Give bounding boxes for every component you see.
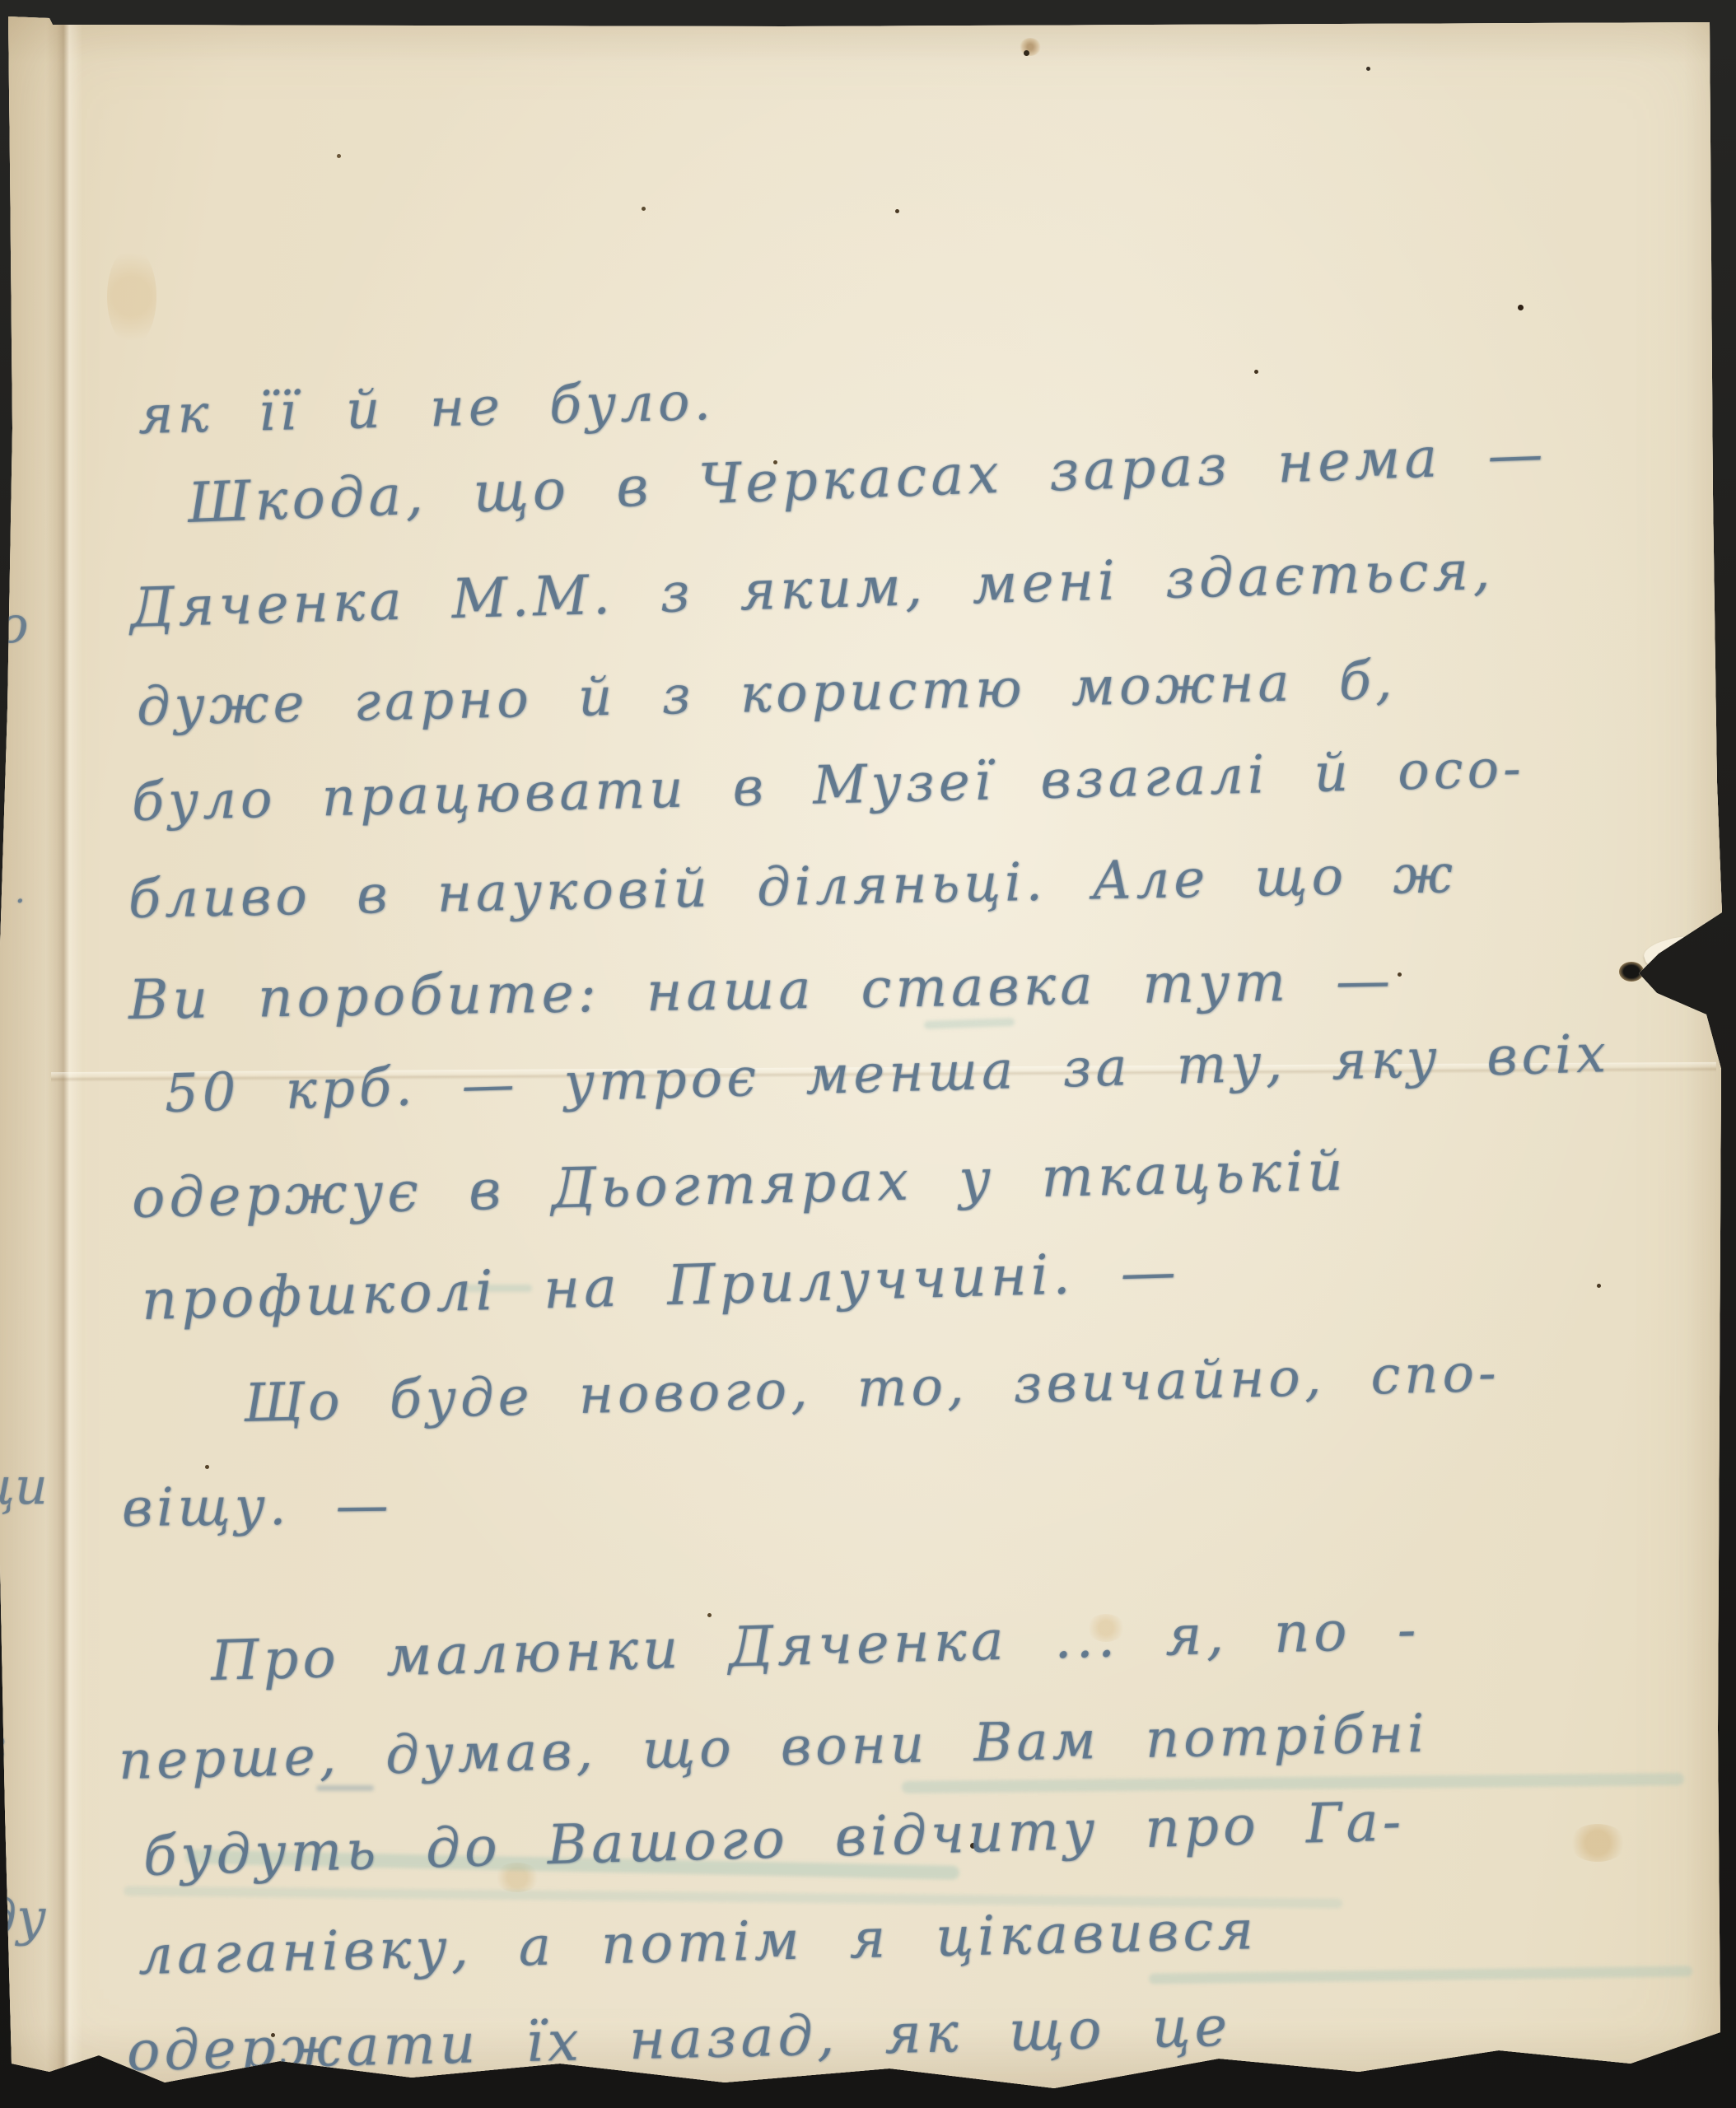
scanned-letter-screenshot: { "scan": { "background_color": "#1d1c1a…: [0, 0, 1736, 2108]
handwritten-line: лаганівку, а потім я цікавився: [138, 1898, 1258, 1987]
ink-smudge: [902, 1773, 1684, 1793]
clipped-handwriting-fragment: щи: [0, 1456, 48, 1516]
handwritten-line: профшколі на Прилуччині. —: [141, 1239, 1181, 1332]
handwritten-line: дуже гарно й з користю можна б,: [136, 651, 1397, 738]
age-stain: [1020, 38, 1041, 56]
handwritten-line: Дяченка М.М. з яким, мені здається,: [129, 539, 1495, 640]
letter-page: як її й не було. Шкода, що в Черкасах за…: [0, 0, 1736, 2108]
handwritten-line: Що буде нового, то, звичайно, спо-: [243, 1343, 1500, 1434]
handwritten-line: Про малюнки Дяченка ... я, по -: [210, 1597, 1421, 1693]
handwritten-line: одержує в Дьогтярах у ткацькій: [131, 1139, 1347, 1230]
ink-smudge: [1149, 1966, 1692, 1984]
torn-hole: [1619, 962, 1644, 982]
handwritten-line: як її й не було.: [138, 371, 716, 446]
handwritten-line: Ви поробите: наша ставка тут —: [128, 949, 1394, 1032]
handwritten-line: віщу. —: [122, 1476, 393, 1539]
handwritten-line: було працювати в Музеї взагалі й осо-: [131, 739, 1525, 833]
handwritten-line: перше, думав, що вони Вам потрібні: [118, 1704, 1429, 1792]
clipped-handwriting-fragment: ·: [15, 883, 26, 921]
age-stain: [1569, 1824, 1626, 1862]
ink-smudge: [924, 1018, 1015, 1029]
handwritten-line: бливо в науковій діляньці. Але що ж: [128, 844, 1457, 930]
handwritten-line: 50 крб. — утроє менша за ту, яку всіх: [164, 1024, 1611, 1125]
handwritten-line: будуть до Вашого відчиту про Га-: [142, 1789, 1406, 1888]
age-stain: [107, 247, 156, 346]
